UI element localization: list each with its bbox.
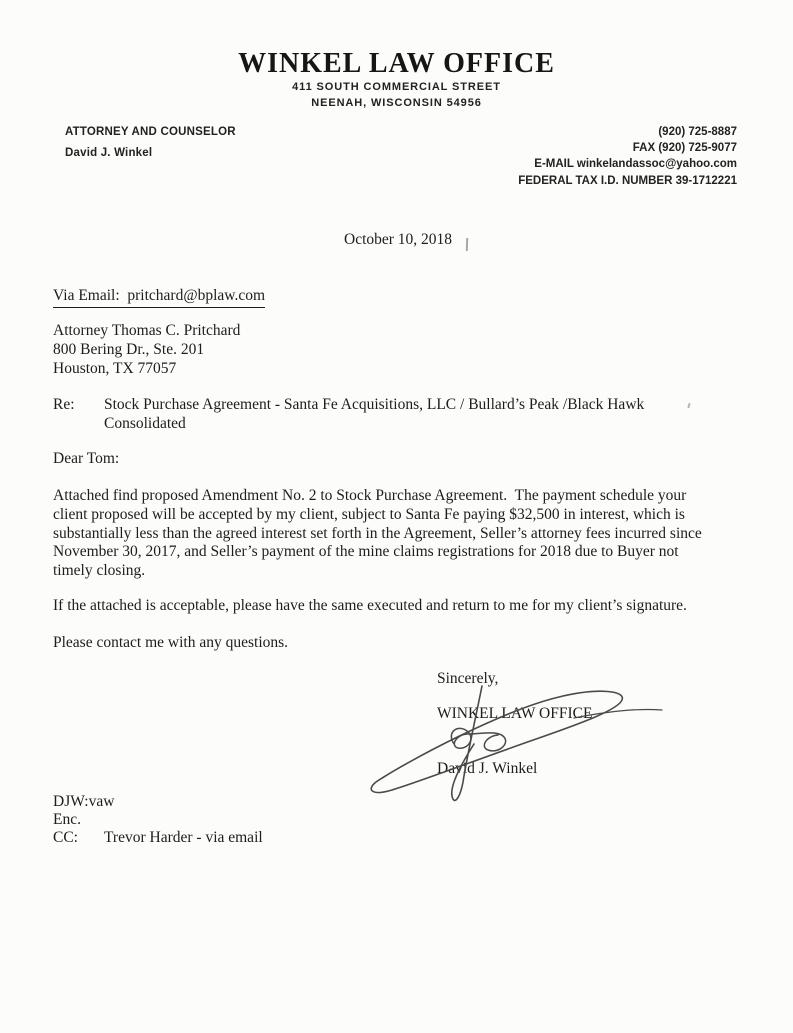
phone-line: (920) 725-8887 — [518, 124, 737, 140]
letterhead-contact-block: (920) 725-8887 FAX (920) 725-9077 E-MAIL… — [518, 124, 737, 189]
re-label: Re: — [53, 396, 104, 434]
scan-artifact-mark — [466, 238, 468, 251]
cc-label: CC: — [53, 829, 104, 848]
firm-address-city: NEENAH, WISCONSIN 54956 — [0, 97, 793, 109]
attorney-role-line: ATTORNEY AND COUNSELOR — [65, 126, 236, 138]
firm-address-street: 411 SOUTH COMMERCIAL STREET — [0, 81, 793, 93]
tax-id-line: FEDERAL TAX I.D. NUMBER 39-1712221 — [518, 173, 737, 189]
via-email-line: Via Email: pritchard@bplaw.com — [53, 287, 265, 308]
reference-initials: DJW:vaw — [53, 793, 114, 812]
enclosure-notation: Enc. — [53, 811, 81, 830]
attorney-name-line: David J. Winkel — [65, 147, 152, 159]
recipient-address-block: Attorney Thomas C. Pritchard 800 Bering … — [53, 322, 240, 378]
re-subject-text: Stock Purchase Agreement - Santa Fe Acqu… — [104, 396, 644, 434]
salutation: Dear Tom: — [53, 450, 119, 469]
body-paragraph-1: Attached find proposed Amendment No. 2 t… — [53, 487, 702, 581]
cc-recipient: Trevor Harder - via email — [104, 829, 263, 848]
body-paragraph-2: If the attached is acceptable, please ha… — [53, 597, 687, 616]
scanned-letter-page: WINKEL LAW OFFICE 411 SOUTH COMMERCIAL S… — [0, 0, 793, 1033]
firm-name: WINKEL LAW OFFICE — [0, 48, 793, 80]
email-line: E-MAIL winkelandassoc@yahoo.com — [518, 156, 737, 172]
re-line: Re: Stock Purchase Agreement - Santa Fe … — [53, 396, 644, 434]
cc-line: CC: Trevor Harder - via email — [53, 829, 263, 848]
fax-line: FAX (920) 725-9077 — [518, 140, 737, 156]
date-line: October 10, 2018 — [344, 231, 452, 250]
handwritten-signature — [364, 682, 670, 810]
body-paragraph-3: Please contact me with any questions. — [53, 634, 288, 653]
scan-artifact-mark — [687, 403, 690, 408]
